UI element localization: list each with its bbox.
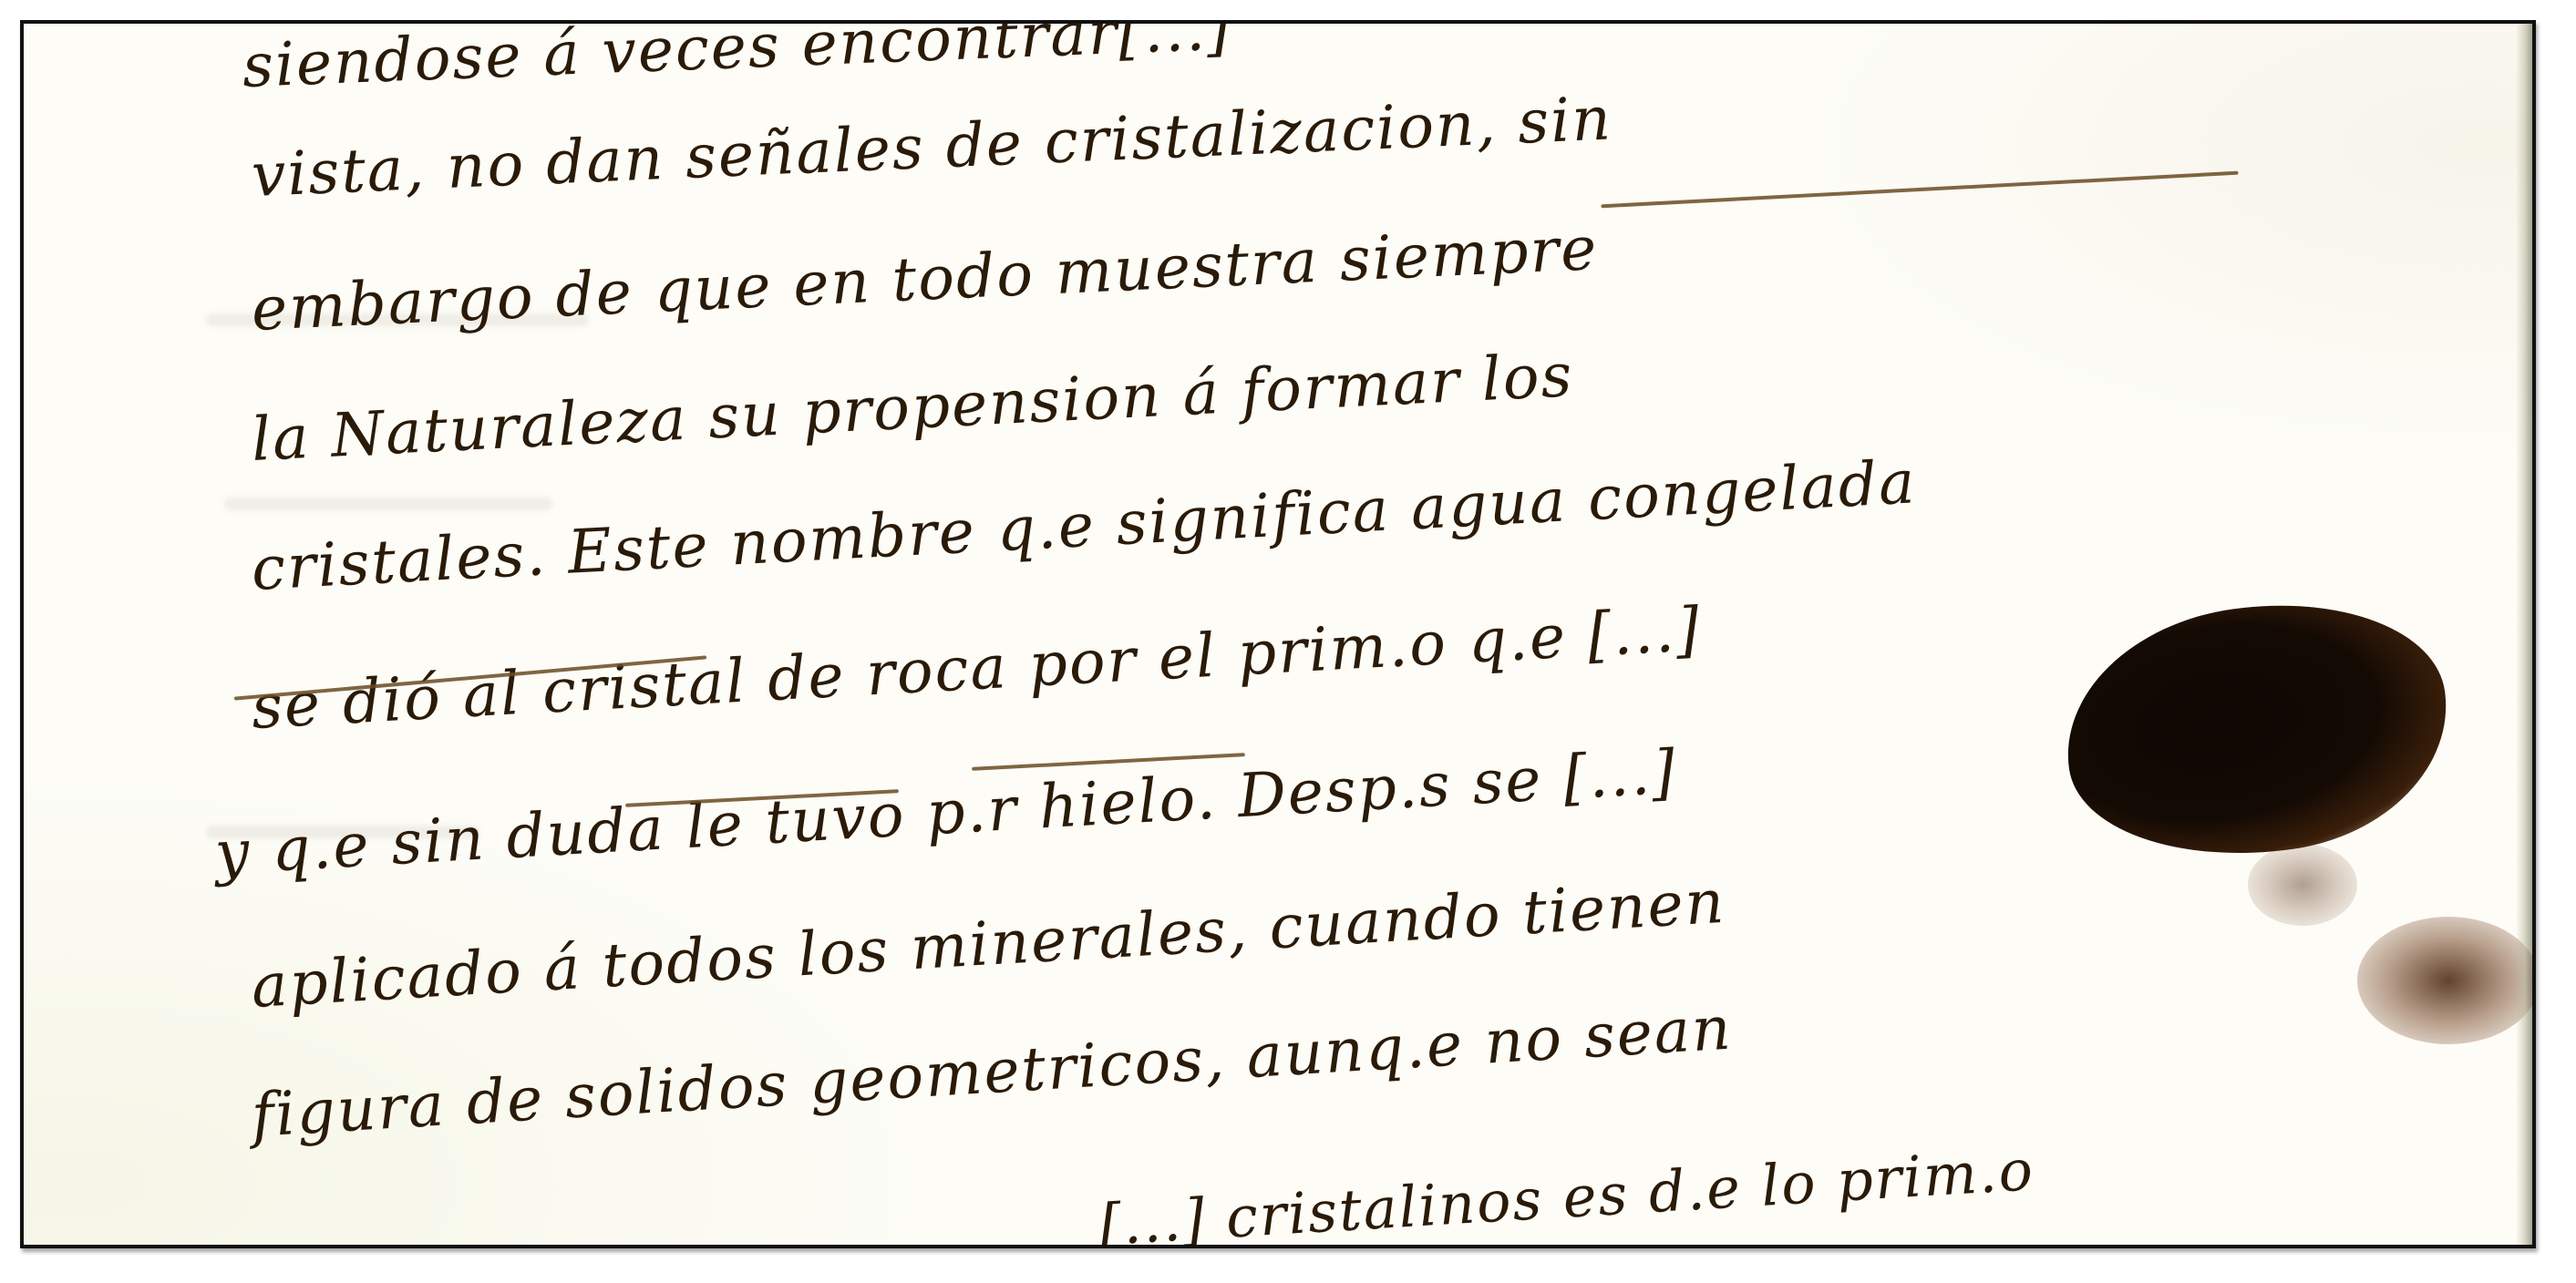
manuscript-frame: siendose á veces encontrar[...] vista, n… <box>20 20 2536 1248</box>
ink-spatter <box>2248 844 2357 926</box>
page-edge-shadow <box>2516 24 2532 1245</box>
ink-spatter <box>2357 917 2536 1044</box>
bleed-through-mark <box>224 498 552 510</box>
